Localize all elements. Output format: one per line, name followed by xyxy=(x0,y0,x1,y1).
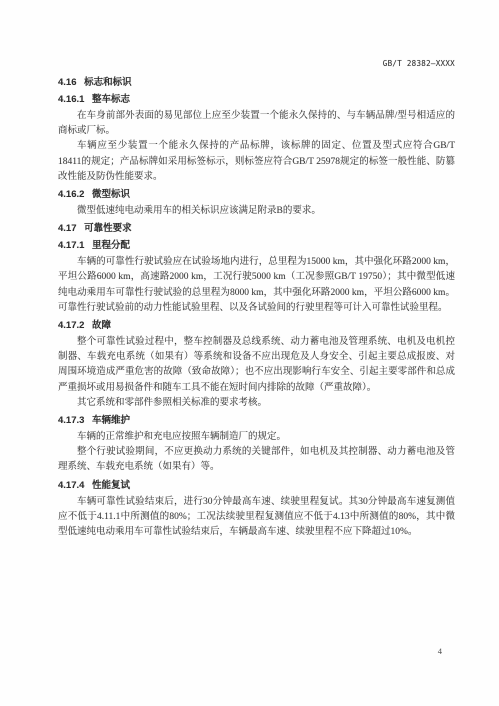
paragraph: 车辆的正常维护和充电应按照车辆制造厂的规定。 xyxy=(58,430,455,445)
section-heading-4-17-2: 4.17.2故障 xyxy=(58,318,455,333)
section-title: 里程分配 xyxy=(92,240,130,251)
paragraph: 在车身前部外表面的易见部位上应至少装置一个能永久保持的、与车辆品牌/型号相适应的… xyxy=(58,109,455,139)
section-heading-4-17: 4.17可靠性要求 xyxy=(58,221,455,236)
section-number: 4.17.1 xyxy=(58,240,84,251)
section-title: 故障 xyxy=(92,320,111,331)
paragraph: 车辆的可靠性行驶试验应在试验场地内进行，总里程为15000 km，其中强化环路2… xyxy=(58,255,455,316)
section-heading-4-17-3: 4.17.3车辆维护 xyxy=(58,413,455,428)
section-heading-4-16-2: 4.16.2微型标识 xyxy=(58,187,455,202)
section-number: 4.16 xyxy=(58,77,77,88)
section-title: 标志和标识 xyxy=(84,77,132,88)
section-number: 4.16.2 xyxy=(58,189,84,200)
section-title: 车辆维护 xyxy=(92,415,130,426)
paragraph: 其它系统和零部件参照相关标准的要求考核。 xyxy=(58,396,455,411)
paragraph: 车辆应至少装置一个能永久保持的产品标牌，该标牌的固定、位置及型式应符合GB/T … xyxy=(58,139,455,185)
section-title: 微型标识 xyxy=(92,189,130,200)
paragraph: 整个可靠性试验过程中，整车控制器及总线系统、动力蓄电池及管理系统、电机及电机控制… xyxy=(58,335,455,396)
section-title: 整车标志 xyxy=(92,94,130,105)
section-number: 4.17.2 xyxy=(58,320,84,331)
section-heading-4-16: 4.16标志和标识 xyxy=(58,75,455,90)
section-number: 4.17.4 xyxy=(58,480,84,491)
page-number: 4 xyxy=(438,646,442,656)
document-page: GB/T 28382—XXXX 4.16标志和标识 4.16.1整车标志 在车身… xyxy=(0,0,499,706)
section-heading-4-17-1: 4.17.1里程分配 xyxy=(58,238,455,253)
section-number: 4.17 xyxy=(58,223,77,234)
section-number: 4.16.1 xyxy=(58,94,84,105)
paragraph: 微型低速纯电动乘用车的相关标识应该满足附录B的要求。 xyxy=(58,204,455,219)
document-code-header: GB/T 28382—XXXX xyxy=(58,59,455,68)
section-title: 性能复试 xyxy=(92,480,130,491)
section-title: 可靠性要求 xyxy=(84,223,132,234)
section-heading-4-17-4: 4.17.4性能复试 xyxy=(58,478,455,493)
paragraph: 车辆可靠性试验结束后，进行30分钟最高车速、续驶里程复试。其30分钟最高车速复测… xyxy=(58,495,455,541)
section-number: 4.17.3 xyxy=(58,415,84,426)
paragraph: 整个行驶试验期间，不应更换动力系统的关键部件，如电机及其控制器、动力蓄电池及管理… xyxy=(58,445,455,475)
section-heading-4-16-1: 4.16.1整车标志 xyxy=(58,92,455,107)
